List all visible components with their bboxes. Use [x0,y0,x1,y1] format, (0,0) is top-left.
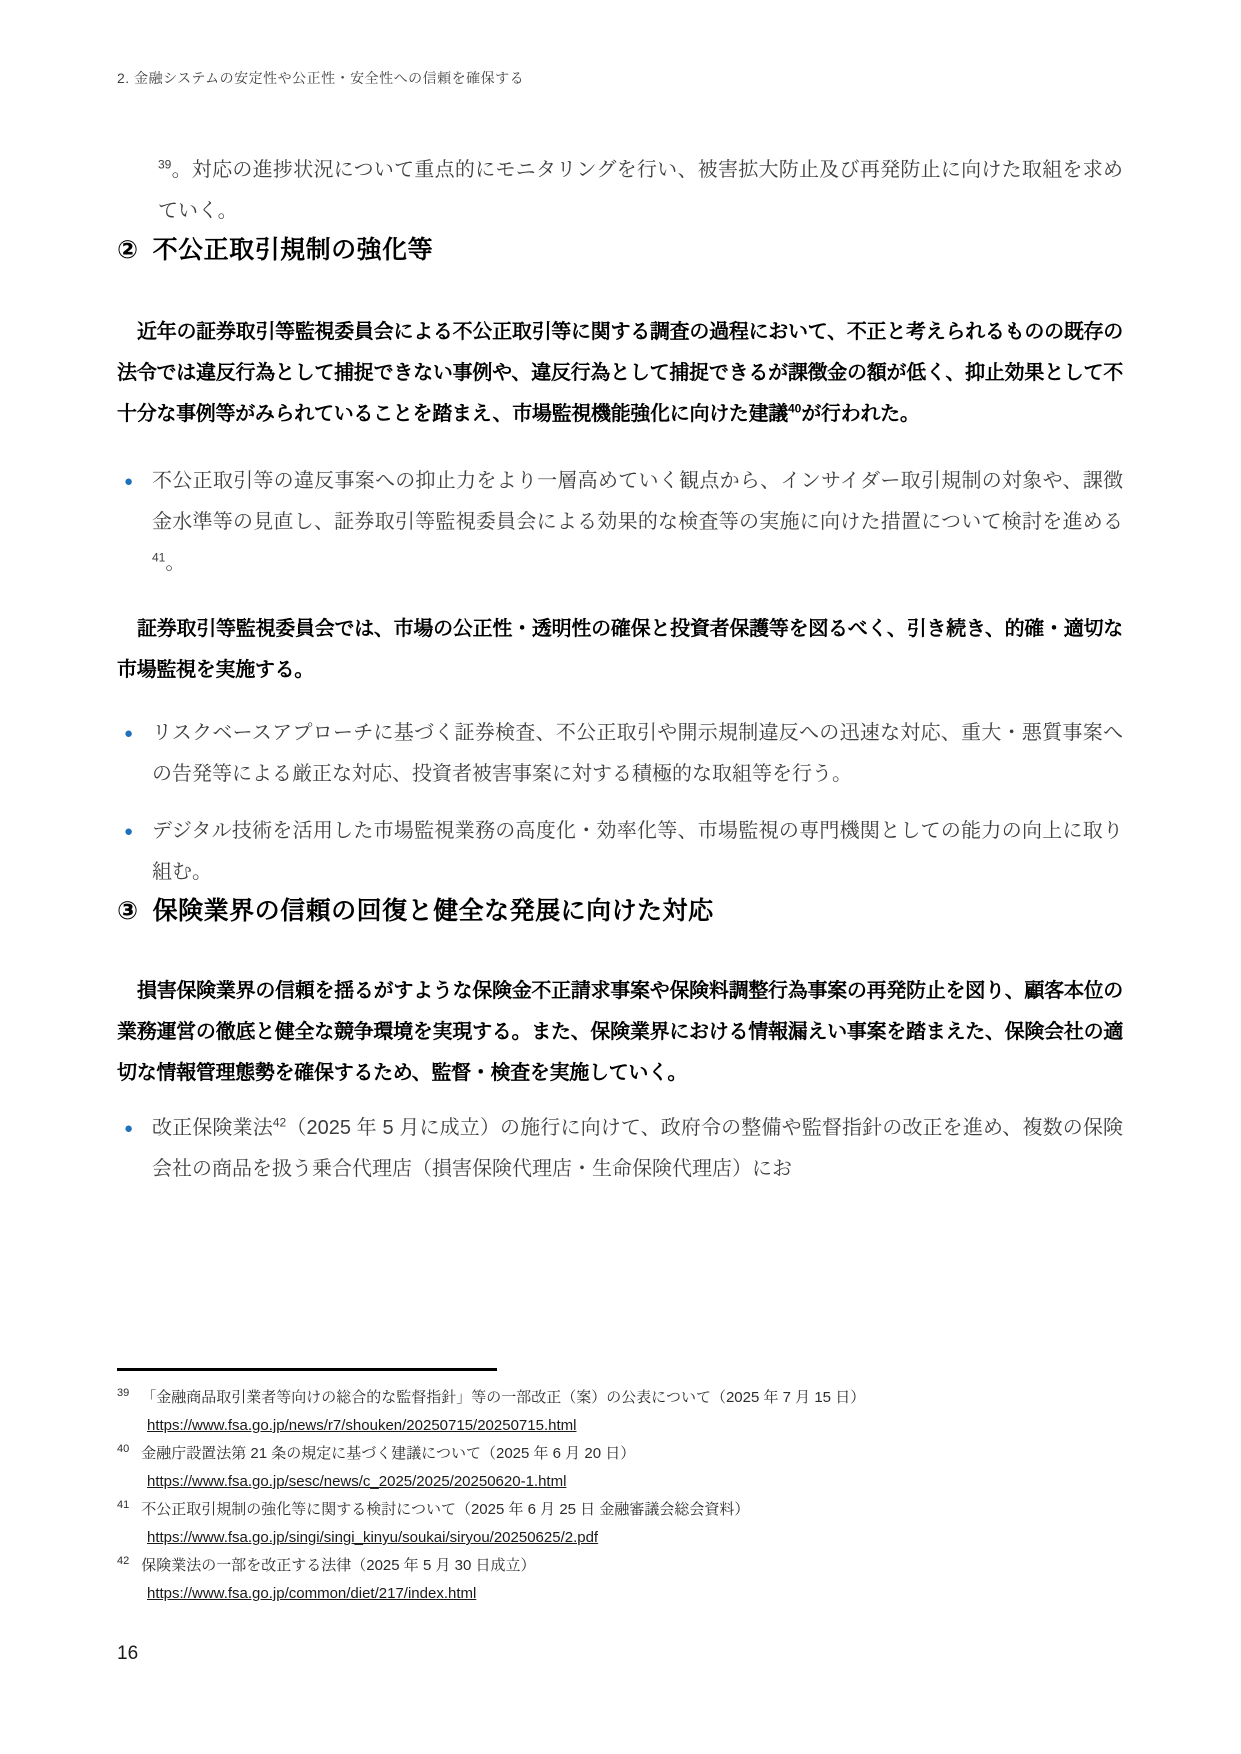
footnote-number: 39 [117,1387,129,1399]
bullet-text: リスクベースアプローチに基づく証券検査、不公正取引や開示規制違反への迅速な対応、… [152,713,1123,795]
paragraph-continuation: 39。対応の進捗状況について重点的にモニタリングを行い、被害拡大防止及び再発防止… [117,150,1123,232]
page-content: 39。対応の進捗状況について重点的にモニタリングを行い、被害拡大防止及び再発防止… [117,146,1123,1190]
footnote-text: 「金融商品取引業者等向けの総合的な監督指針」等の一部改正（案）の公表について（2… [141,1389,865,1406]
section2-intro-text: 近年の証券取引等監視委員会による不公正取引等に関する調査の過程において、不正と考… [117,321,1123,425]
section-number: ③ [117,897,139,925]
running-header: 2. 金融システムの安定性や公正性・安全性への信頼を確保する [117,68,524,88]
footnote-link[interactable]: https://www.fsa.go.jp/sesc/news/c_2025/2… [147,1473,566,1490]
footnote-number: 41 [117,1499,129,1511]
footnote: 41不公正取引規制の強化等に関する検討について（2025 年 6 月 25 日 … [117,1496,1123,1552]
footnote-link[interactable]: https://www.fsa.go.jp/singi/singi_kinyu/… [147,1529,598,1546]
footnote-text: 金融庁設置法第 21 条の規定に基づく建議について（2025 年 6 月 20 … [141,1445,635,1462]
bullet-item: ● リスクベースアプローチに基づく証券検査、不公正取引や開示規制違反への迅速な対… [117,713,1123,795]
footnote: 40金融庁設置法第 21 条の規定に基づく建議について（2025 年 6 月 2… [117,1440,1123,1496]
footnote-number: 42 [117,1555,129,1567]
footnote-area: 39「金融商品取引業者等向けの総合的な監督指針」等の一部改正（案）の公表について… [117,1368,1123,1608]
paragraph-continuation-text: 。対応の進捗状況について重点的にモニタリングを行い、被害拡大防止及び再発防止に向… [158,159,1123,222]
footnote-number: 40 [117,1443,129,1455]
page-number: 16 [117,1643,138,1665]
footnote-separator [117,1368,497,1371]
bullet-item: ● 不公正取引等の違反事案への抑止力をより一層高めていく観点から、インサイダー取… [117,461,1123,584]
footnote-text: 不公正取引規制の強化等に関する検討について（2025 年 6 月 25 日 金融… [141,1501,749,1518]
bullet-item: ● 改正保険業法42（2025 年 5 月に成立）の施行に向けて、政府令の整備や… [117,1108,1123,1190]
section-number: ② [117,236,139,264]
bullet-icon: ● [124,1108,152,1149]
footnote-ref-40: 40 [788,401,801,415]
footnote: 42保険業法の一部を改正する法律（2025 年 5 月 30 日成立） http… [117,1552,1123,1608]
bullet1-text: 不公正取引等の違反事案への抑止力をより一層高めていく観点から、インサイダー取引規… [152,470,1123,533]
footnote-link[interactable]: https://www.fsa.go.jp/news/r7/shouken/20… [147,1417,576,1434]
bullet4-text: 改正保険業法 [152,1117,273,1139]
section3-intro-paragraph: 損害保険業界の信頼を揺るがすような保険金不正請求事案や保険料調整行為事案の再発防… [117,971,1123,1094]
bullet-text: 不公正取引等の違反事案への抑止力をより一層高めていく観点から、インサイダー取引規… [152,461,1123,584]
bullet-item: ● デジタル技術を活用した市場監視業務の高度化・効率化等、市場監視の専門機関とし… [117,811,1123,893]
footnote: 39「金融商品取引業者等向けの総合的な監督指針」等の一部改正（案）の公表について… [117,1384,1123,1440]
document-page: 2. 金融システムの安定性や公正性・安全性への信頼を確保する 39。対応の進捗状… [0,0,1241,1754]
section2-intro-tail: が行われた。 [801,403,919,425]
bullet-icon: ● [124,811,152,852]
section2-intro-paragraph: 近年の証券取引等監視委員会による不公正取引等に関する調査の過程において、不正と考… [117,312,1123,435]
footnote-text: 保険業法の一部を改正する法律（2025 年 5 月 30 日成立） [141,1557,535,1574]
section2-paragraph-2: 証券取引等監視委員会では、市場の公正性・透明性の確保と投資者保護等を図るべく、引… [117,609,1123,691]
bullet-icon: ● [124,713,152,754]
footnote-ref-39: 39 [158,157,171,171]
bullet1-tail: 。 [165,552,185,574]
section-heading-text: 不公正取引規制の強化等 [153,236,434,264]
section-heading-2: ②不公正取引規制の強化等 [117,232,1123,268]
section-heading-3: ③保険業界の信頼の回復と健全な発展に向けた対応 [117,893,1123,929]
section-heading-text: 保険業界の信頼の回復と健全な発展に向けた対応 [153,897,714,925]
footnote-link[interactable]: https://www.fsa.go.jp/common/diet/217/in… [147,1585,476,1602]
footnote-ref-42: 42 [273,1115,286,1129]
bullet-text: 改正保険業法42（2025 年 5 月に成立）の施行に向けて、政府令の整備や監督… [152,1108,1123,1190]
bullet4-tail: （2025 年 5 月に成立）の施行に向けて、政府令の整備や監督指針の改正を進め… [152,1117,1123,1180]
bullet-text: デジタル技術を活用した市場監視業務の高度化・効率化等、市場監視の専門機関としての… [152,811,1123,893]
footnote-ref-41: 41 [152,550,165,564]
bullet-icon: ● [124,461,152,502]
